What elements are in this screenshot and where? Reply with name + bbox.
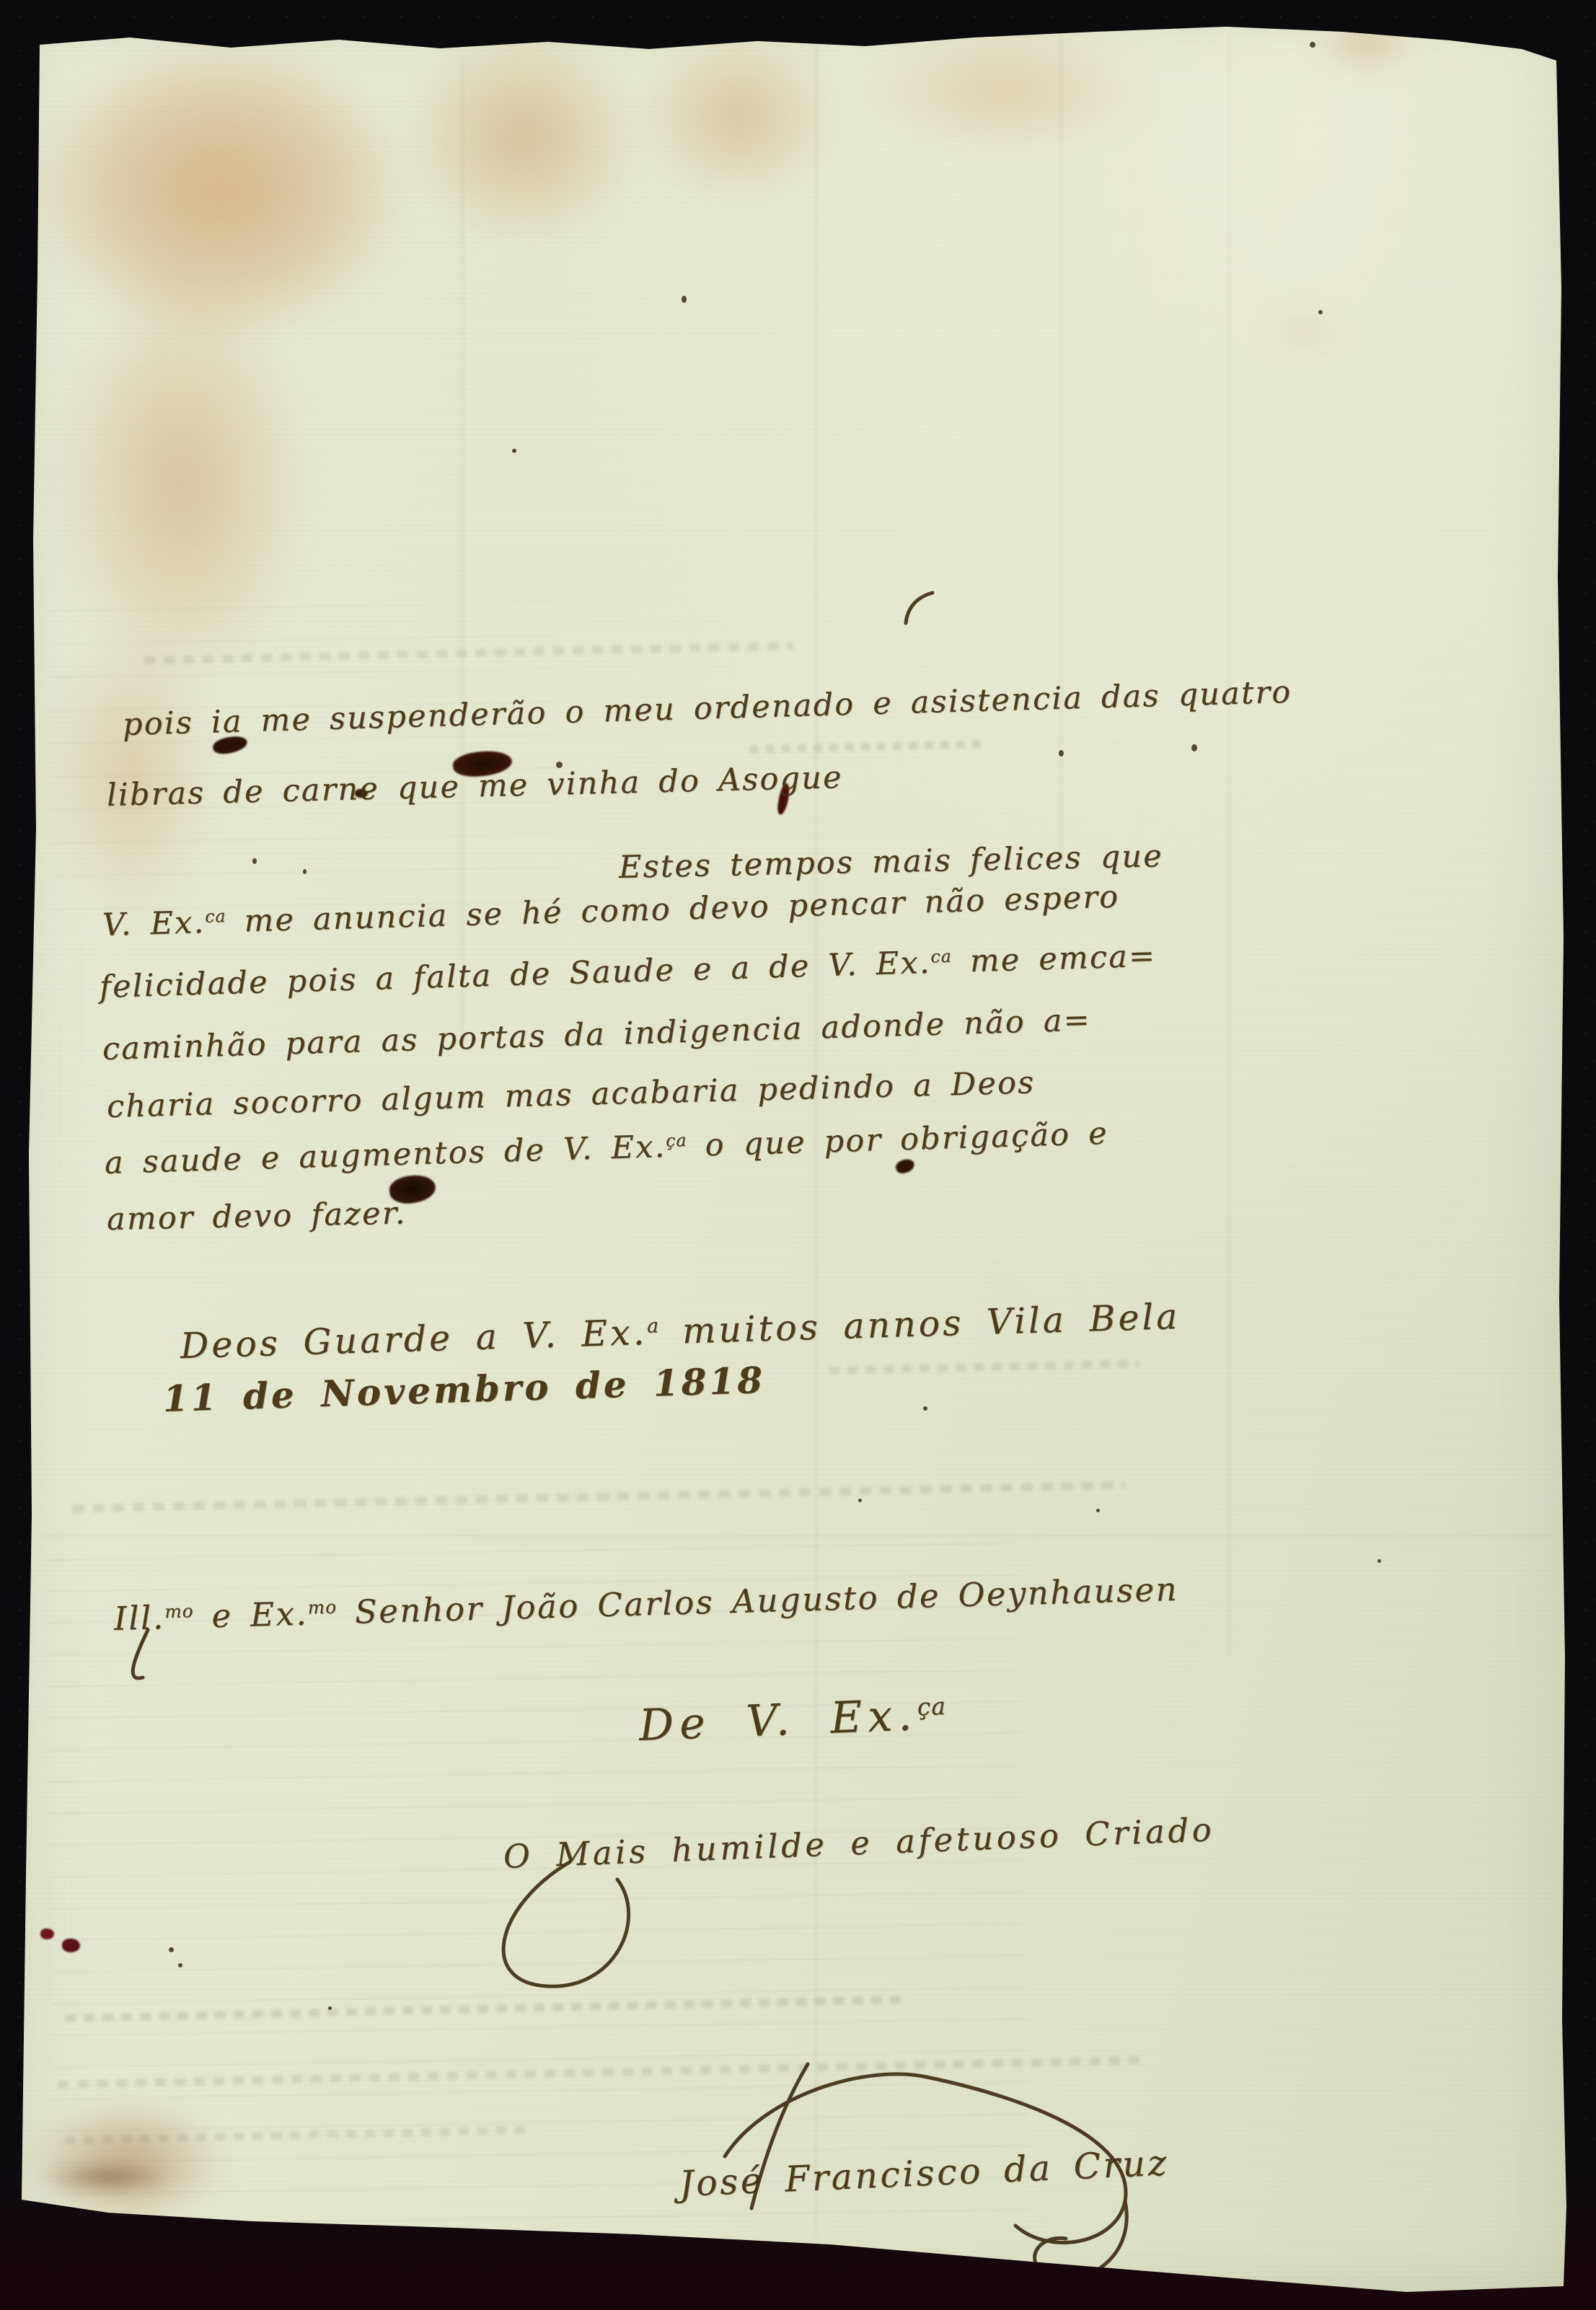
date-line: 11 de Novembro de 1818 — [162, 1359, 766, 1420]
manuscript-line: amor devo fazer. — [106, 1195, 407, 1238]
ink-speck — [1310, 42, 1315, 48]
bleedthrough-line — [72, 1481, 1125, 1512]
ink-speck — [1191, 744, 1197, 751]
ink-speck — [923, 1406, 927, 1411]
fold-crease — [43, 1535, 1554, 1537]
stain — [635, 25, 844, 206]
ink-blot — [894, 1157, 917, 1176]
manuscript-line: felicidade pois a falta de Saude e a de … — [99, 938, 1157, 1005]
ink-speck — [1059, 750, 1064, 757]
stain — [1258, 303, 1352, 361]
fold-crease — [1228, 32, 1230, 1655]
ink-speck — [328, 2006, 332, 2010]
stray-pen-mark — [906, 593, 933, 623]
bleedthrough-line — [750, 740, 981, 753]
manuscript-line: Estes tempos mais felices que — [618, 838, 1163, 886]
ink-speck — [1318, 310, 1323, 314]
stain — [851, 22, 1161, 159]
manuscript-paper: pois ia me suspenderão o meu ordenado e … — [0, 0, 1596, 2310]
stain — [1316, 16, 1417, 74]
ink-speck — [169, 1947, 174, 1952]
stain — [400, 25, 645, 249]
document-photo: pois ia me suspenderão o meu ordenado e … — [0, 0, 1596, 2310]
bleedthrough-line — [829, 1359, 1139, 1375]
manuscript-line: charia socorro algum mas acabaria pedind… — [106, 1064, 1036, 1125]
valediction-line: Deos Guarde a V. Ex.a muitos annos Vila … — [180, 1296, 1181, 1367]
ink-speck — [512, 449, 516, 453]
ink-speck — [682, 296, 687, 303]
manuscript-line: a saude e augmentos de V. Ex.ça o que po… — [104, 1116, 1108, 1181]
manuscript-line: caminhão para as portas da indigencia ad… — [102, 1002, 1091, 1067]
ink-speck — [178, 1963, 182, 1967]
ink-speck — [1096, 1509, 1100, 1512]
wax-spot — [40, 1928, 54, 1939]
fold-crease — [1060, 36, 1062, 865]
ink-speck — [1377, 1559, 1381, 1563]
ink-speck — [858, 1499, 862, 1502]
ink-speck — [252, 858, 257, 864]
ink-speck — [303, 869, 307, 874]
wax-spot — [62, 1939, 80, 1952]
